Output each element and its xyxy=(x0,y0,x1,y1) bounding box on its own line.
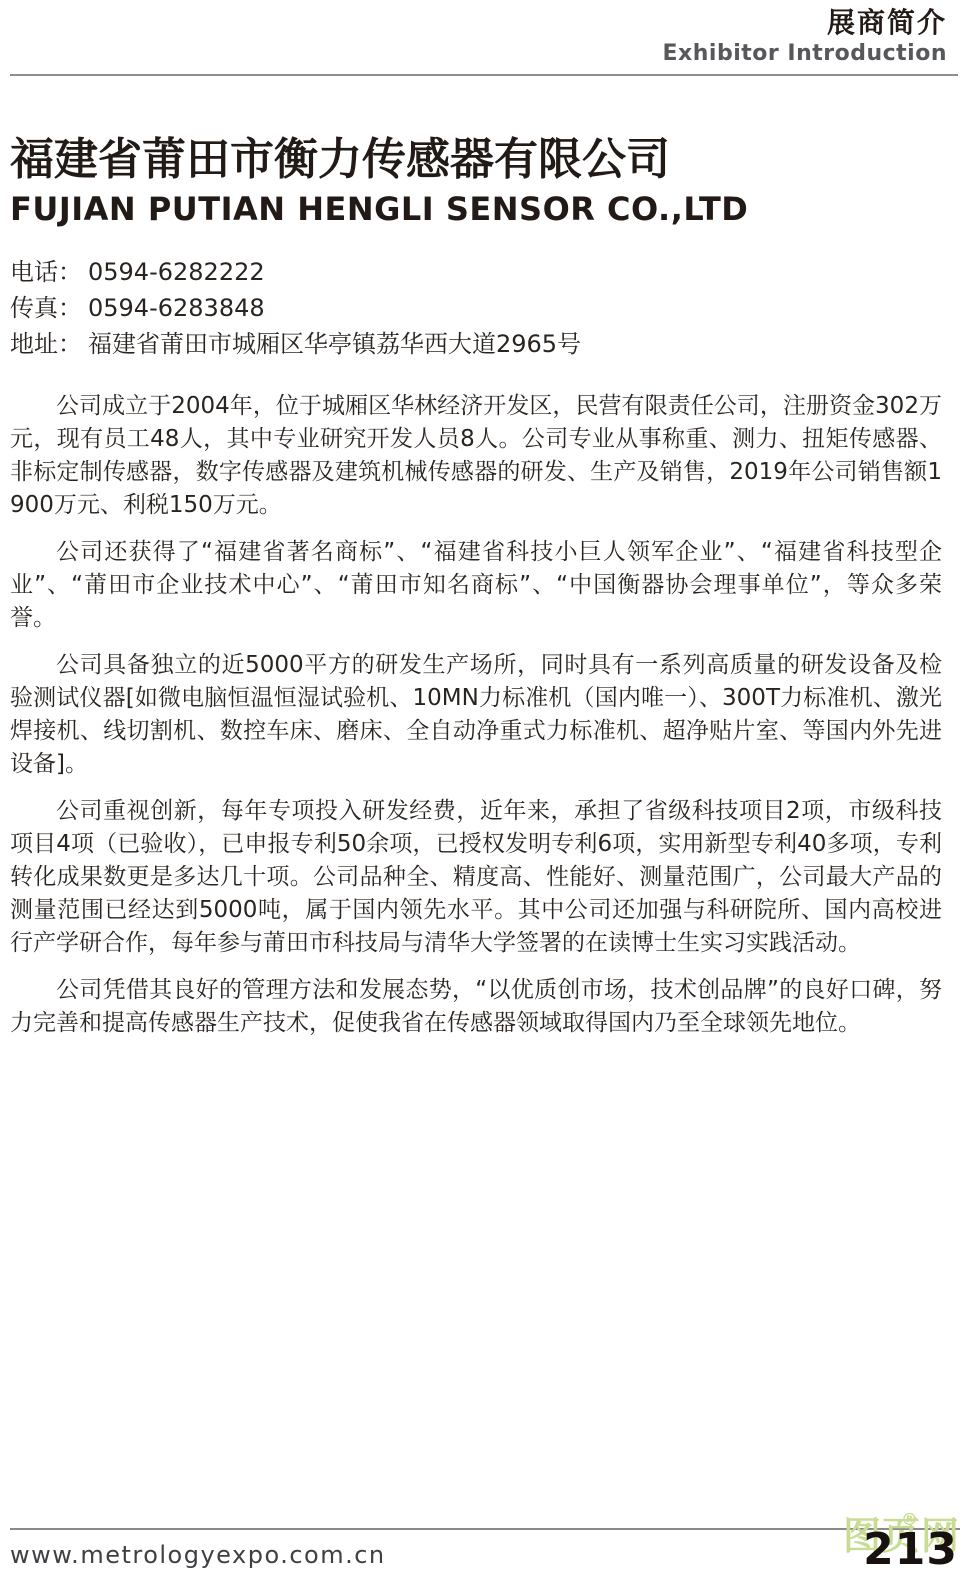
fax-row: 传真：0594-6283848 xyxy=(10,290,581,326)
facilities-paragraph: 公司具备独立的近5000平方的研发生产场所，同时具有一系列高质量的研发设备及检验… xyxy=(10,649,942,781)
section-title-en: Exhibitor Introduction xyxy=(663,40,947,68)
website-url: www.metrologyexpo.com.cn xyxy=(10,1541,386,1569)
address-value: 福建省莆田市城厢区华亭镇荔华西大道2965号 xyxy=(88,330,581,358)
fax-label: 传真： xyxy=(10,294,82,322)
phone-value: 0594-6282222 xyxy=(88,258,265,286)
address-label: 地址： xyxy=(10,330,82,358)
closing-paragraph: 公司凭借其良好的管理方法和发展态势，“以优质创市场，技术创品牌”的良好口碑，努力… xyxy=(10,974,942,1040)
company-name-cn: 福建省莆田市衡力传感器有限公司 xyxy=(10,134,670,186)
fax-value: 0594-6283848 xyxy=(88,294,265,322)
phone-label: 电话： xyxy=(10,258,82,286)
phone-row: 电话：0594-6282222 xyxy=(10,254,581,290)
section-title-cn: 展商简介 xyxy=(663,6,947,40)
footer-divider xyxy=(10,1528,960,1530)
contact-info: 电话：0594-6282222 传真：0594-6283848 地址：福建省莆田… xyxy=(10,254,581,362)
innovation-paragraph: 公司重视创新，每年专项投入研发经费，近年来，承担了省级科技项目2项，市级科技项目… xyxy=(10,795,942,960)
company-introduction: 公司成立于2004年，位于城厢区华林经济开发区，民营有限责任公司，注册资金302… xyxy=(10,390,942,1054)
page-number: 213 xyxy=(863,1526,958,1574)
catalog-page: 展商简介 Exhibitor Introduction 福建省莆田市衡力传感器有… xyxy=(0,0,970,1579)
honors-paragraph: 公司还获得了“福建省著名商标”、“福建省科技小巨人领军企业”、“福建省科技型企业… xyxy=(10,536,942,635)
page-header: 展商简介 Exhibitor Introduction xyxy=(663,6,947,68)
intro-paragraph: 公司成立于2004年，位于城厢区华林经济开发区，民营有限责任公司，注册资金302… xyxy=(10,390,942,522)
address-row: 地址：福建省莆田市城厢区华亭镇荔华西大道2965号 xyxy=(10,326,581,362)
header-divider xyxy=(10,74,958,76)
company-name-en: FUJIAN PUTIAN HENGLI SENSOR CO.,LTD xyxy=(10,190,748,228)
